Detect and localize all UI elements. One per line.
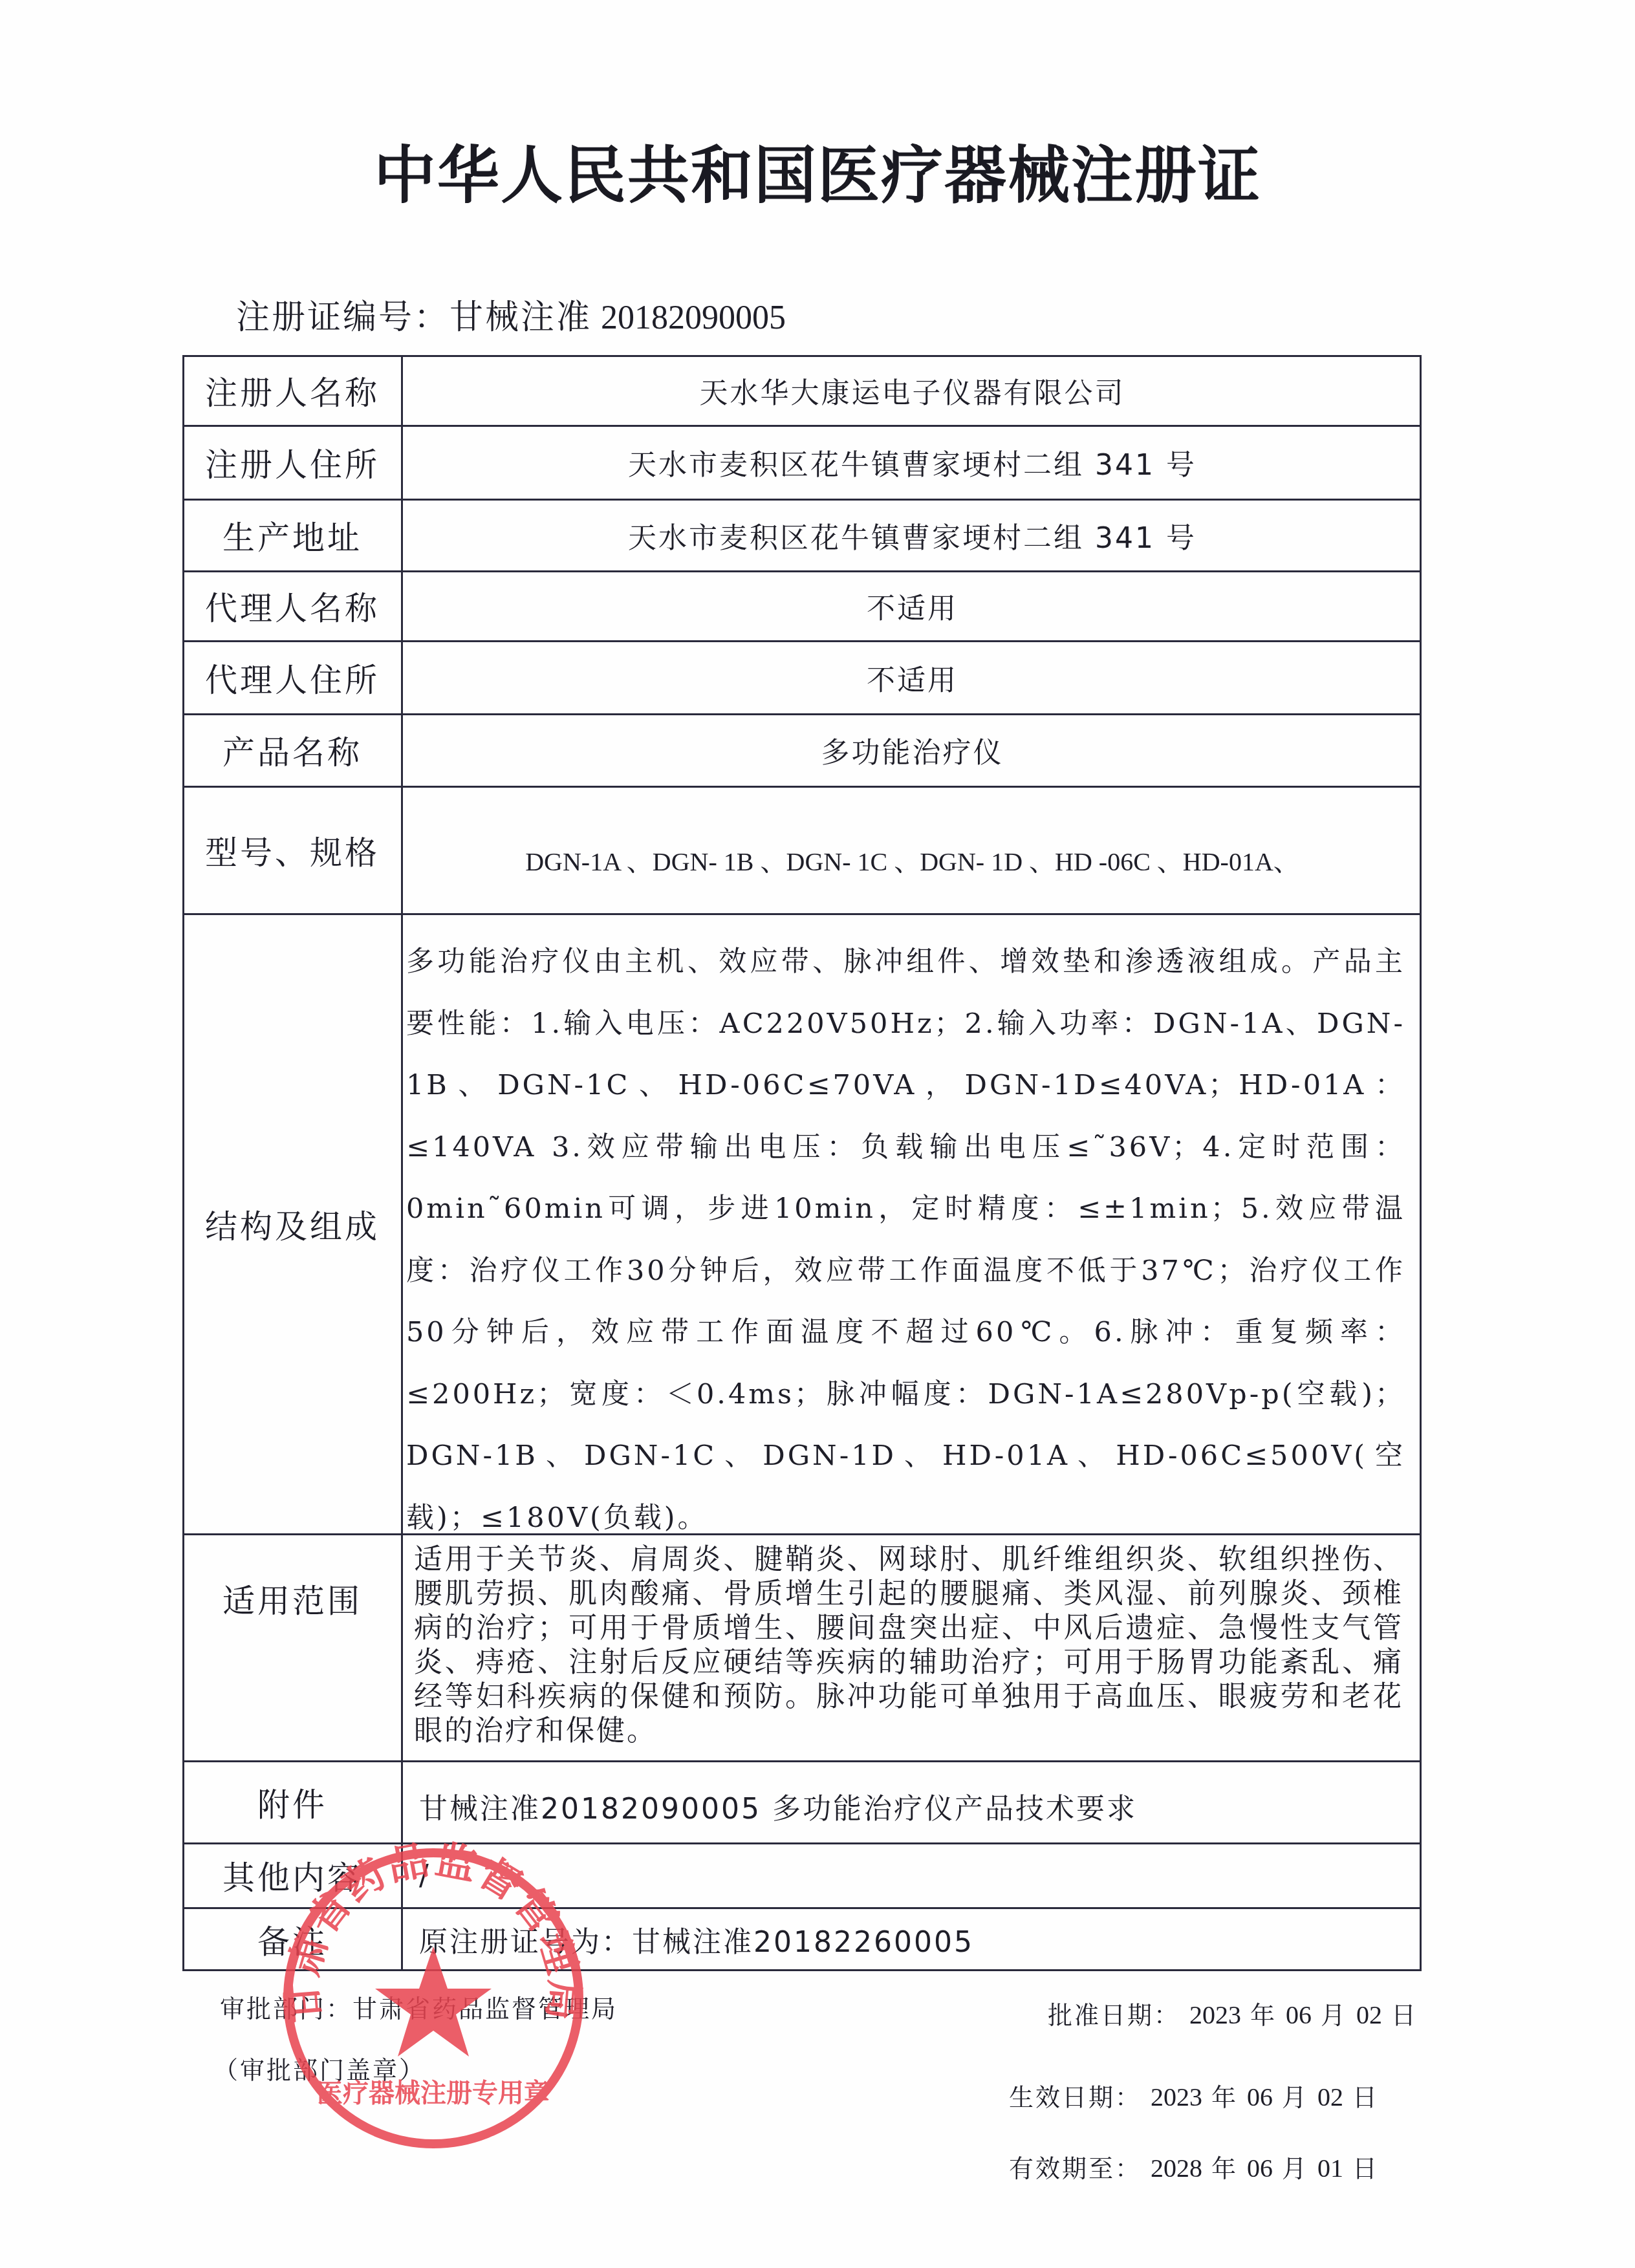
approval-department-value: 甘肃省药品监督管理局	[352, 1994, 618, 2023]
value-agent-name: 不适用	[403, 571, 1422, 641]
label-product-name: 产品名称	[182, 714, 402, 786]
approval-date-label: 批准日期：	[1048, 2001, 1180, 2029]
label-registrant-address: 注册人住所	[182, 426, 402, 499]
label-attachment: 附件	[182, 1761, 402, 1843]
value-other: /	[403, 1843, 1422, 1908]
effective-date: 生效日期：2023年06月02日	[1009, 2077, 1379, 2113]
registration-number-label: 注册证编号：甘械注准	[236, 298, 592, 337]
value-registrant-name: 天水华大康运电子仪器有限公司	[403, 355, 1422, 426]
value-production-address: 天水市麦积区花牛镇曹家埂村二组 341 号	[403, 499, 1422, 571]
registration-number: 注册证编号：甘械注准20182090005	[236, 290, 786, 338]
label-other: 其他内容	[182, 1843, 402, 1908]
label-remarks: 备注	[182, 1908, 402, 1971]
valid-until: 有效期至：2028年06月01日	[1009, 2148, 1379, 2184]
approval-department: 审批部门：甘肃省药品监督管理局	[220, 1989, 618, 2024]
label-production-address: 生产地址	[182, 499, 402, 571]
seal-note: （审批部门盖章）	[213, 2050, 426, 2086]
value-structure: 多功能治疗仪由主机、效应带、脉冲组件、增效垫和渗透液组成。产品主要性能：1.输入…	[406, 931, 1405, 1549]
label-model-spec: 型号、规格	[182, 786, 402, 914]
valid-until-label: 有效期至：	[1009, 2154, 1142, 2183]
approval-department-label: 审批部门：	[220, 1994, 352, 2023]
approval-date: 批准日期：2023年06月02日	[1048, 1995, 1418, 2031]
value-attachment: 甘械注准20182090005 多功能治疗仪产品技术要求	[403, 1761, 1422, 1843]
value-product-name: 多功能治疗仪	[403, 714, 1422, 786]
label-agent-name: 代理人名称	[182, 571, 402, 641]
effective-date-label: 生效日期：	[1009, 2083, 1142, 2111]
label-registrant-name: 注册人名称	[182, 355, 402, 426]
label-structure: 结构及组成	[182, 914, 402, 1534]
value-scope: 适用于关节炎、肩周炎、腱鞘炎、网球肘、肌纤维组织炎、软组织挫伤、腰肌劳损、肌肉酸…	[414, 1542, 1403, 1748]
value-registrant-address: 天水市麦积区花牛镇曹家埂村二组 341 号	[403, 426, 1422, 499]
document-title: 中华人民共和国医疗器械注册证	[0, 126, 1635, 215]
value-model-spec: DGN-1A 、DGN- 1B 、DGN- 1C 、DGN- 1D 、HD -0…	[403, 786, 1422, 914]
registration-number-value: 20182090005	[601, 299, 786, 336]
label-agent-address: 代理人住所	[182, 641, 402, 714]
label-scope: 适用范围	[182, 1534, 402, 1663]
value-agent-address: 不适用	[403, 641, 1422, 714]
value-remarks: 原注册证号为：甘械注准20182260005	[403, 1908, 1422, 1971]
